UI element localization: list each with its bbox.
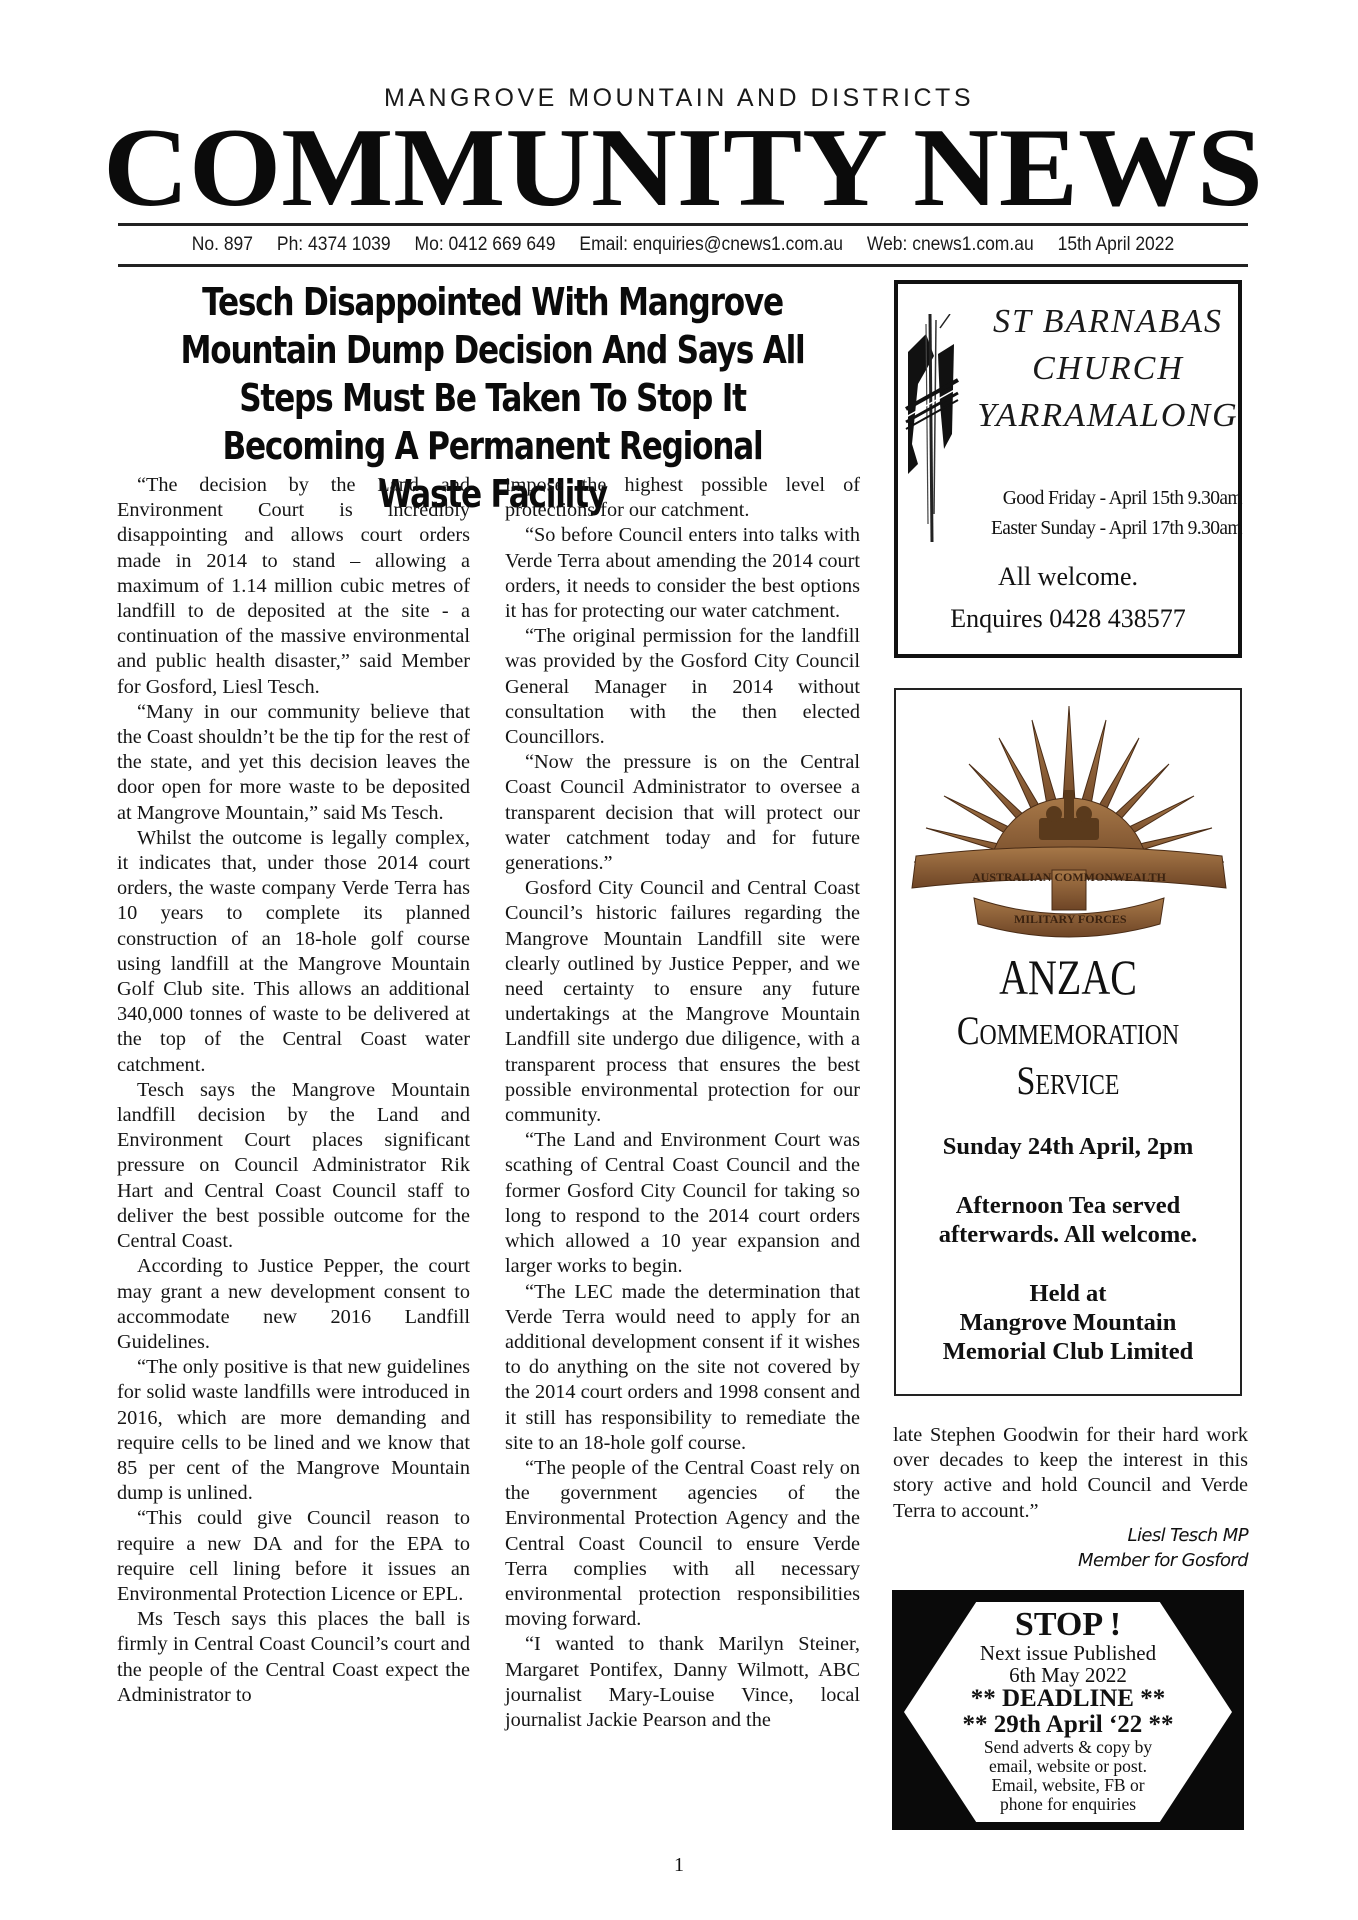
paragraph: “The decision by the Land and Environmen… [117,473,470,700]
svg-text:MILITARY FORCES: MILITARY FORCES [1014,912,1127,926]
church-advertisement: ST BARNABAS CHURCH YARRAMALONG Good Frid… [894,280,1242,658]
byline-name: Liesl Tesch MP [893,1523,1248,1548]
masthead-rule-bottom [118,264,1248,267]
anzac-advertisement: AUSTRALIAN COMMONWEALTH MILITARY FORCES … [894,688,1242,1396]
paragraph: “I wanted to thank Marilyn Steiner, Marg… [505,1632,860,1733]
paragraph: “Many in our community believe that the … [117,700,470,826]
paragraph: Whilst the outcome is legally complex, i… [117,826,470,1078]
good-friday-time: Good Friday - April 15th 9.30am [946,484,1242,514]
paragraph: “The people of the Central Coast rely on… [505,1456,860,1632]
church-enquiries: Enquires 0428 438577 [898,598,1238,640]
anzac-venue: Held at Mangrove Mountain Memorial Club … [896,1279,1240,1366]
anzac-tea: Afternoon Tea served afterwards. All wel… [896,1191,1240,1249]
page-number: 1 [0,1854,1358,1877]
paragraph: Gosford City Council and Central Coast C… [505,876,860,1128]
church-name: ST BARNABAS CHURCH YARRAMALONG [968,298,1248,439]
paragraph: According to Justice Pepper, the court m… [117,1254,470,1355]
paragraph: impose the highest possible level of pro… [505,473,860,523]
info-bar: No. 897 Ph: 4374 1039 Mo: 0412 669 649 E… [163,234,1203,256]
paragraph: “So before Council enters into talks wit… [505,523,860,624]
masthead-rule-top [118,223,1248,226]
paragraph: “The only positive is that new guideline… [117,1355,470,1506]
byline: Liesl Tesch MP Member for Gosford [893,1523,1248,1573]
paragraph: “Now the pressure is on the Central Coas… [505,750,860,876]
email-address[interactable]: Email: enquiries@cnews1.com.au [579,234,843,256]
byline-role: Member for Gosford [893,1548,1248,1573]
easter-sunday-time: Easter Sunday - April 17th 9.30am [946,514,1242,544]
paragraph: Tesch says the Mangrove Mountain landfil… [117,1078,470,1254]
mobile-number: Mo: 0412 669 649 [415,234,556,256]
anzac-details: Sunday 24th April, 2pm Afternoon Tea ser… [896,1132,1240,1366]
issue-number: No. 897 [192,234,253,256]
article-column-3: late Stephen Goodwin for their hard work… [893,1423,1248,1524]
rising-sun-badge-icon: AUSTRALIAN COMMONWEALTH MILITARY FORCES [904,698,1234,948]
svg-text:AUSTRALIAN COMMONWEALTH: AUSTRALIAN COMMONWEALTH [972,870,1167,884]
article-column-1: “The decision by the Land and Environmen… [117,473,470,1708]
deadline-text: STOP ! Next issue Published 6th May 2022… [892,1608,1244,1814]
paragraph: “The Land and Environment Court was scat… [505,1128,860,1279]
deadline-notice: STOP ! Next issue Published 6th May 2022… [892,1590,1244,1830]
paragraph: “This could give Council reason to requi… [117,1506,470,1607]
service-times: Good Friday - April 15th 9.30am Easter S… [946,484,1242,544]
church-welcome: All welcome. Enquires 0428 438577 [898,556,1238,640]
phone-number: Ph: 4374 1039 [277,234,391,256]
anzac-title: ANZAC Commemoration Service [896,948,1240,1106]
article-column-2: impose the highest possible level of pro… [505,473,860,1733]
website[interactable]: Web: cnews1.com.au [867,234,1034,256]
paragraph: late Stephen Goodwin for their hard work… [893,1423,1248,1524]
anzac-date: Sunday 24th April, 2pm [896,1132,1240,1161]
paragraph: “The LEC made the determination that Ver… [505,1280,860,1456]
masthead-title: COMMUNITY NEWS [84,112,1282,224]
paragraph: “The original permission for the landfil… [505,624,860,750]
paragraph: Ms Tesch says this places the ball is fi… [117,1607,470,1708]
issue-date: 15th April 2022 [1058,234,1175,256]
